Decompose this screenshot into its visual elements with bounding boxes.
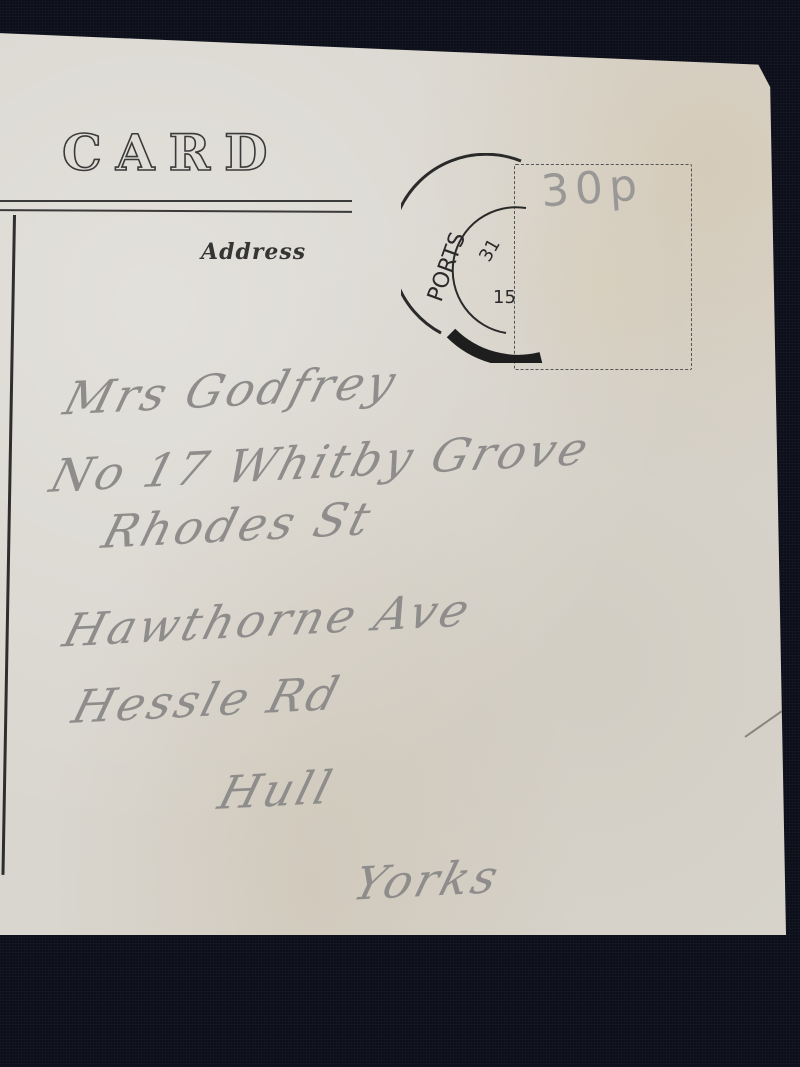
address-line-street: Rhodes St <box>97 491 380 559</box>
address-label: Address <box>201 239 306 265</box>
address-line-name: Mrs Godfrey <box>58 354 404 425</box>
heading-rule-top <box>0 200 352 202</box>
svg-text:PORTS: PORTS <box>423 229 471 305</box>
svg-text:31: 31 <box>475 235 505 265</box>
card-heading: CARD <box>62 123 282 182</box>
address-line-avenue: Hawthorne Ave <box>58 583 479 658</box>
address-line-county: Yorks <box>348 849 507 910</box>
paper-crease <box>744 710 782 737</box>
address-line-house: No 17 Whitby Grove <box>45 421 598 503</box>
address-line-road: Hessle Rd <box>67 666 348 734</box>
address-line-city: Hull <box>213 760 341 820</box>
postcard: CARD Address 30p PORTS 31 15 Mrs Godfrey… <box>0 33 786 935</box>
heading-rule-bottom <box>0 209 352 213</box>
postmark-icon: PORTS 31 15 <box>401 153 561 363</box>
message-address-divider <box>1 215 16 875</box>
svg-text:15: 15 <box>493 287 516 308</box>
